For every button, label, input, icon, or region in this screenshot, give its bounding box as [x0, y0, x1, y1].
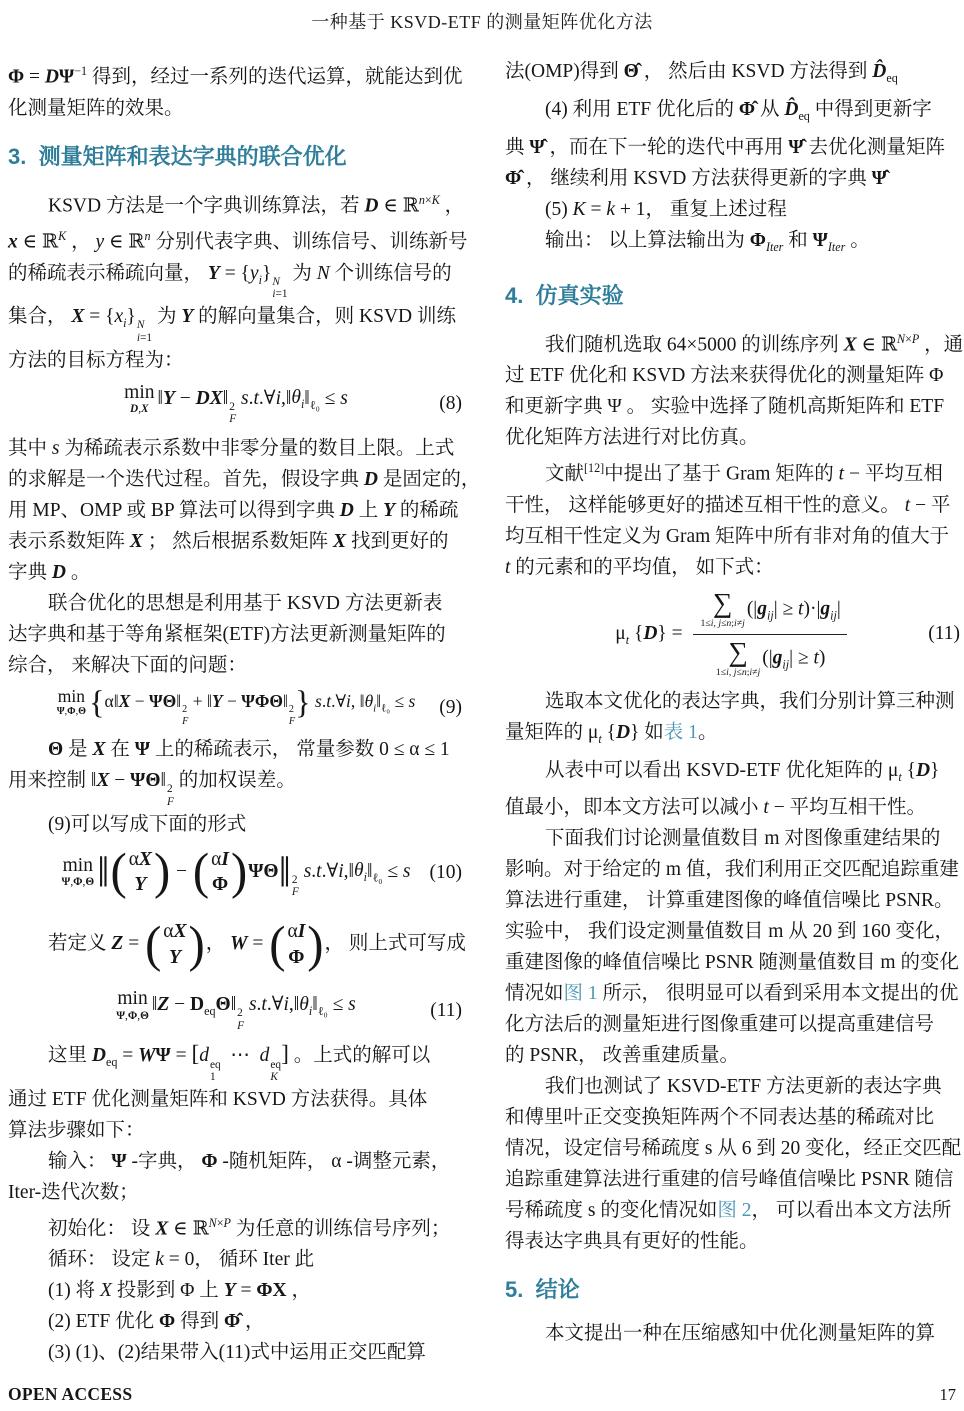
- text-line: 这里 Deq = WΨ = [deq1 ⋯ deqK] 。上式的解可以: [8, 1039, 464, 1084]
- equation-10: minΨ,Φ,Θ‖(αXY) − (αIΦ)ΨΘ‖2F s.t.∀i,‖θi‖ℓ…: [8, 847, 464, 899]
- text-line: 其中 s 为稀疏表示系数中非零分量的数目上限。上式: [8, 433, 464, 464]
- text-line: 的 PSNR， 改善重建质量。: [505, 1040, 962, 1071]
- text-line: 得表达字典具有更好的性能。: [505, 1226, 962, 1257]
- text-line: Φ̂ ， 继续利用 KSVD 方法获得更新的字典 Ψ̂: [505, 163, 962, 194]
- text-line: Θ 是 X 在 Ψ 上的稀疏表示， 常量参数 0 ≤ α ≤ 1: [8, 734, 464, 765]
- page-title: 一种基于 KSVD-ETF 的测量矩阵优化方法: [0, 8, 964, 34]
- text-line: 均互相干性定义为 Gram 矩阵中所有非对角的值大于: [505, 521, 962, 552]
- text-line: KSVD 方法是一个字典训练算法，若 D ∈ ℝn×K ，: [8, 185, 464, 222]
- text-line: 优化矩阵方法进行对比仿真。: [505, 422, 962, 453]
- paper-page: 一种基于 KSVD-ETF 的测量矩阵优化方法 Φ = DΨ−1 得到，经过一系…: [0, 0, 964, 1411]
- link-table-1[interactable]: 表 1: [664, 722, 698, 743]
- text-line: 值最小，即本文方法可以减小 t − 平均互相干性。: [505, 792, 962, 823]
- equation-9: minΨ,Φ,Θ{α‖X − ΨΘ‖2F + ‖Y − ΨΦΘ‖2F} s.t.…: [8, 688, 464, 727]
- text-line: 下面我们讨论测量值数目 m 对图像重建结果的: [505, 823, 962, 854]
- text-line: (3) (1)、(2)结果带入(11)式中运用正交匹配算: [8, 1337, 464, 1368]
- text-line: 和傅里叶正交变换矩阵两个不同表达基的稀疏对比: [505, 1102, 962, 1133]
- section-3-heading: 3. 测量矩阵和表达字典的联合优化: [8, 140, 464, 171]
- text-line: 和更新字典 Ψ 。 实验中选择了随机高斯矩阵和 ETF: [505, 391, 962, 422]
- text-line: 化方法后的测量矩进行图像重建可以提高重建信号: [505, 1009, 962, 1040]
- text-line: 重建图像的峰值信噪比 PSNR 随测量值数目 m 的变化: [505, 947, 962, 978]
- text-line: t 的元素和的平均值， 如下式：: [505, 552, 962, 583]
- right-column: 法(OMP)得到 Θ̂ ， 然后由 KSVD 方法得到 D̂eq(4) 利用 E…: [505, 56, 962, 1349]
- text-line: 算法进行重建， 计算重建图像的峰值信噪比 PSNR。: [505, 885, 962, 916]
- text-line: 综合， 来解决下面的问题：: [8, 650, 464, 681]
- text-line: 集合， X = {xi}Ni=1 为 Y 的解向量集合，则 KSVD 训练: [8, 301, 464, 345]
- equation-11-left: minΨ,Φ,Θ‖Z − DeqΘ‖2F s.t.∀i,‖θi‖ℓ₀ ≤ s(1…: [8, 989, 464, 1032]
- section-4-heading: 4. 仿真实验: [505, 279, 962, 310]
- text-line: 输入： Ψ -字典， Φ -随机矩阵， α -调整元素，: [8, 1146, 464, 1177]
- section-5-heading: 5. 结论: [505, 1273, 962, 1304]
- text-line: (2) ETF 优化 Φ 得到 Φ̂ ，: [8, 1306, 464, 1337]
- text-line: 的稀疏表示稀疏向量， Y = {yi}Ni=1 为 N 个训练信号的: [8, 258, 464, 302]
- text-line: 初始化： 设 X ∈ ℝN×P 为任意的训练信号序列；: [8, 1208, 464, 1245]
- text-line: 典 Ψ̂ ，而在下一轮的迭代中再用 Ψ̂ 去优化测量矩阵: [505, 132, 962, 163]
- text-line: 算法步骤如下：: [8, 1115, 464, 1146]
- text-line: 选取本文优化的表达字典，我们分别计算三种测: [505, 686, 962, 717]
- text-line: (1) 将 X 投影到 Φ 上 Y = ΦX ，: [8, 1275, 464, 1306]
- text-line: 方法的目标方程为：: [8, 345, 464, 376]
- text-line: 化测量矩阵的效果。: [8, 93, 464, 124]
- text-line: Φ = DΨ−1 得到，经过一系列的迭代运算，就能达到优: [8, 56, 464, 93]
- text-line: 我们也测试了 KSVD-ETF 方法更新的表达字典: [505, 1071, 962, 1102]
- text-line: 号稀疏度 s 的变化情况如图 2， 可以看出本文方法所: [505, 1195, 962, 1226]
- text-line: 若定义 Z = (αXY)， W = (αIΦ)， 则上式可写成: [8, 906, 464, 982]
- text-line: 的求解是一个迭代过程。首先，假设字典 D 是固定的，: [8, 464, 464, 495]
- text-line: 法(OMP)得到 Θ̂ ， 然后由 KSVD 方法得到 D̂eq: [505, 56, 962, 94]
- text-line: (5) K = k + 1， 重复上述过程: [505, 194, 962, 225]
- text-line: x ∈ ℝK ， y ∈ ℝn 分别代表字典、训练信号、训练新号: [8, 221, 464, 258]
- text-line: 追踪重建算法进行重建的信号峰值信噪比 PSNR 随信: [505, 1164, 962, 1195]
- text-line: (9)可以写成下面的形式: [8, 809, 464, 840]
- text-line: Iter-迭代次数；: [8, 1177, 464, 1208]
- text-line: 达字典和基于等角紧框架(ETF)方法更新测量矩阵的: [8, 619, 464, 650]
- link-figure-2[interactable]: 图 2: [717, 1200, 751, 1221]
- text-line: 我们随机选取 64×5000 的训练序列 X ∈ ℝN×P ，通: [505, 324, 962, 361]
- text-line: 影响。对于给定的 m 值，我们利用正交匹配追踪重建: [505, 854, 962, 885]
- open-access-label: OPEN ACCESS: [8, 1384, 132, 1405]
- text-line: 表示系数矩阵 X ； 然后根据系数矩阵 X 找到更好的: [8, 526, 464, 557]
- text-line: 本文提出一种在压缩感知中优化测量矩阵的算: [505, 1318, 962, 1349]
- text-line: 联合优化的思想是利用基于 KSVD 方法更新表: [8, 588, 464, 619]
- text-line: 量矩阵的 μt {D} 如表 1。: [505, 717, 962, 755]
- text-line: 过 ETF 优化和 KSVD 方法来获得优化的测量矩阵 Φ: [505, 360, 962, 391]
- text-line: 情况，设定信号稀疏度 s 从 6 到 20 变化，经正交匹配: [505, 1133, 962, 1164]
- text-line: 实验中， 我们设定测量值数目 m 从 20 到 160 变化，: [505, 916, 962, 947]
- text-line: 文献[12]中提出了基于 Gram 矩阵的 t − 平均互相: [505, 453, 962, 490]
- link-figure-1[interactable]: 图 1: [564, 983, 598, 1004]
- text-line: 循环： 设定 k = 0， 循环 Iter 此: [8, 1244, 464, 1275]
- text-line: 用 MP、OMP 或 BP 算法可以得到字典 D 上 Y 的稀疏: [8, 495, 464, 526]
- page-number: 17: [940, 1385, 957, 1405]
- text-line: 字典 D 。: [8, 557, 464, 588]
- text-line: 干性， 这样能够更好的描述互相干性的意义。 t − 平: [505, 490, 962, 521]
- page-footer: OPEN ACCESS 17: [8, 1384, 956, 1405]
- equation-11-right: μt {D} = ∑1≤i, j≤n;i≠j(|gij| ≥ t)·|gij|∑…: [505, 590, 962, 679]
- text-line: 从表中可以看出 KSVD-ETF 优化矩阵的 μt {D}: [505, 755, 962, 793]
- left-column: Φ = DΨ−1 得到，经过一系列的迭代运算，就能达到优化测量矩阵的效果。3. …: [8, 56, 464, 1368]
- text-line: 用来控制 ‖X − ΨΘ‖2F 的加权误差。: [8, 765, 464, 809]
- equation-8: minD,X‖Y − DX‖2F s.t.∀i,‖θi‖ℓ₀ ≤ s(8): [8, 383, 464, 426]
- text-line: 输出： 以上算法输出为 ΦIter 和 ΨIter 。: [505, 225, 962, 263]
- text-line: 情况如图 1 所示， 很明显可以看到采用本文提出的优: [505, 978, 962, 1009]
- text-line: (4) 利用 ETF 优化后的 Φ̂ 从 D̂eq 中得到更新字: [505, 94, 962, 132]
- text-line: 通过 ETF 优化测量矩阵和 KSVD 方法获得。具体: [8, 1084, 464, 1115]
